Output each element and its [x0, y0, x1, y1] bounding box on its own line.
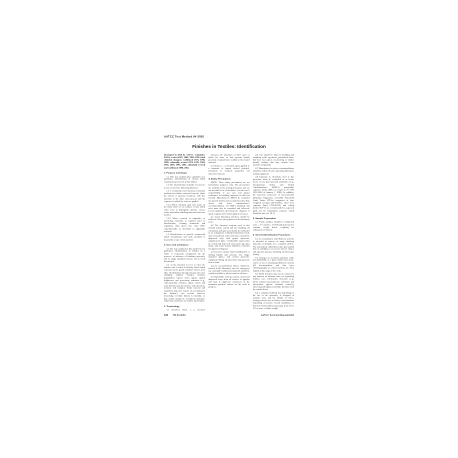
paragraph: 4.1 Good laboratory practices should be …: [208, 216, 249, 224]
paragraph: 4.7 Manufacturer's safety recommendation…: [253, 167, 294, 175]
method-header: AATCC Test Method 94-2002: [164, 135, 294, 138]
section-heading: 4. Safety Precautions: [208, 178, 249, 181]
paragraph: 6.2 Changes in electrical potential, whi…: [253, 257, 294, 273]
paragraph: increases the attraction of fiber, yarn …: [208, 154, 249, 164]
method-reference: TM 94-2002: [173, 314, 186, 317]
paragraph: 2.2 At the practical level it is often t…: [164, 264, 205, 303]
paragraph: 1.2.1 Commonly used chemical extraction …: [164, 190, 205, 203]
paragraph: Developed in 1958 by AATCC Committee RA3…: [164, 154, 205, 170]
section-heading: 5. Sample Preparation: [253, 217, 294, 220]
paragraph: NOTE: These safety precautions are for i…: [208, 181, 249, 215]
page-number: 134: [164, 314, 168, 317]
paragraph: 5.1 Textile samples should be conditione…: [253, 221, 294, 231]
paragraph: 6.1 An examination with different solven…: [253, 238, 294, 256]
section-heading: 3. Terminology: [164, 305, 205, 308]
footer-left: 134 TM 94-2002: [164, 314, 190, 317]
text-column-2: increases the attraction of fiber, yarn …: [208, 154, 249, 311]
paragraph: 3.2 finish, n.—a chemical agent applied …: [208, 165, 249, 175]
paragraph: 1.2.3 Where removal of impurities or int…: [164, 217, 205, 233]
section-heading: 2. Uses and Limitations: [164, 244, 205, 247]
paragraph: 4.6 Care should be taken in handling and…: [253, 154, 294, 167]
document-title: Finishes in Textiles: Identification: [164, 144, 294, 149]
page-footer: 134 TM 94-2002 AATCC Technical Manual/20…: [164, 314, 294, 317]
text-column-1: Developed in 1958 by AATCC Committee RA3…: [164, 154, 205, 311]
paragraph: 6.4 A complete build-up list, depending …: [253, 292, 294, 310]
text-columns: Developed in 1958 by AATCC Committee RA3…: [164, 154, 294, 311]
paragraph: 6.3 Initial fractions may not be assayed…: [253, 273, 294, 291]
text-column-3: 4.6 Care should be taken in handling and…: [253, 154, 294, 311]
page-background: AATCC Test Method 94-2002 Finishes in Te…: [0, 0, 458, 458]
paragraph: 2.1 The tests outlined in this method ac…: [164, 247, 205, 263]
paragraph: 4.4 An eyewash/safety shower should be l…: [208, 265, 249, 275]
section-heading: 6. General Identification Procedures: [253, 234, 294, 237]
paragraph: 4.5 Flammable solvents must be stored an…: [208, 276, 249, 289]
paragraph: 1.2 The identification methods covered a…: [164, 184, 205, 189]
paragraph: 4.2 The chemical reagents used in this m…: [208, 224, 249, 250]
paragraph: 1.2.2 Direct chemical spot tests made on…: [164, 204, 205, 217]
manual-reference: AATCC Technical Manual/2003: [261, 314, 294, 317]
paragraph: 4.3 Exercise caution while handling hot …: [208, 251, 249, 264]
paragraph: 1.1 This test method gives guidelines fo…: [164, 176, 205, 184]
document-content: AATCC Test Method 94-2002 Finishes in Te…: [164, 135, 294, 317]
paragraph: 1.3 Identification of specific commercia…: [164, 233, 205, 241]
document-page: AATCC Test Method 94-2002 Finishes in Te…: [164, 135, 294, 325]
paragraph: 3.1 absorbent finish, n.—a chemical trea…: [164, 309, 205, 310]
section-heading: 1. Purpose and Scope: [164, 172, 205, 175]
paragraph: 4.8 Exposure to chemicals used in this p…: [253, 176, 294, 215]
